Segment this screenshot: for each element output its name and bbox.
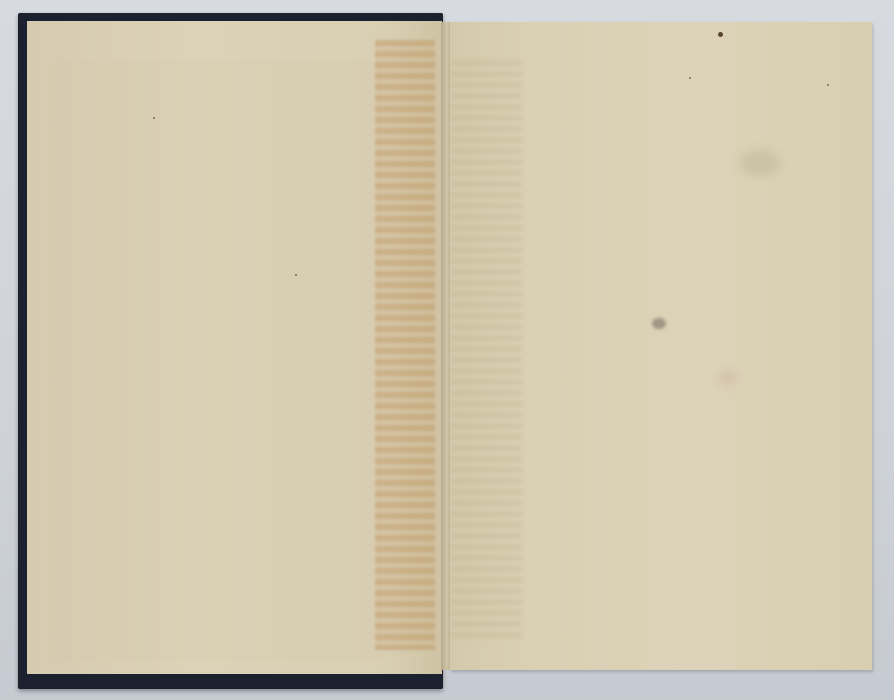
left-page-tone <box>52 61 382 661</box>
speck <box>827 84 829 86</box>
right-offset-stain <box>452 60 522 640</box>
speck <box>295 274 297 276</box>
foxing-spot <box>718 32 723 37</box>
faint-stain <box>718 370 738 386</box>
foxing-spot <box>652 318 666 329</box>
faint-stain <box>740 150 780 176</box>
speck <box>153 117 155 119</box>
offset-stain <box>375 40 435 650</box>
speck <box>689 77 691 79</box>
